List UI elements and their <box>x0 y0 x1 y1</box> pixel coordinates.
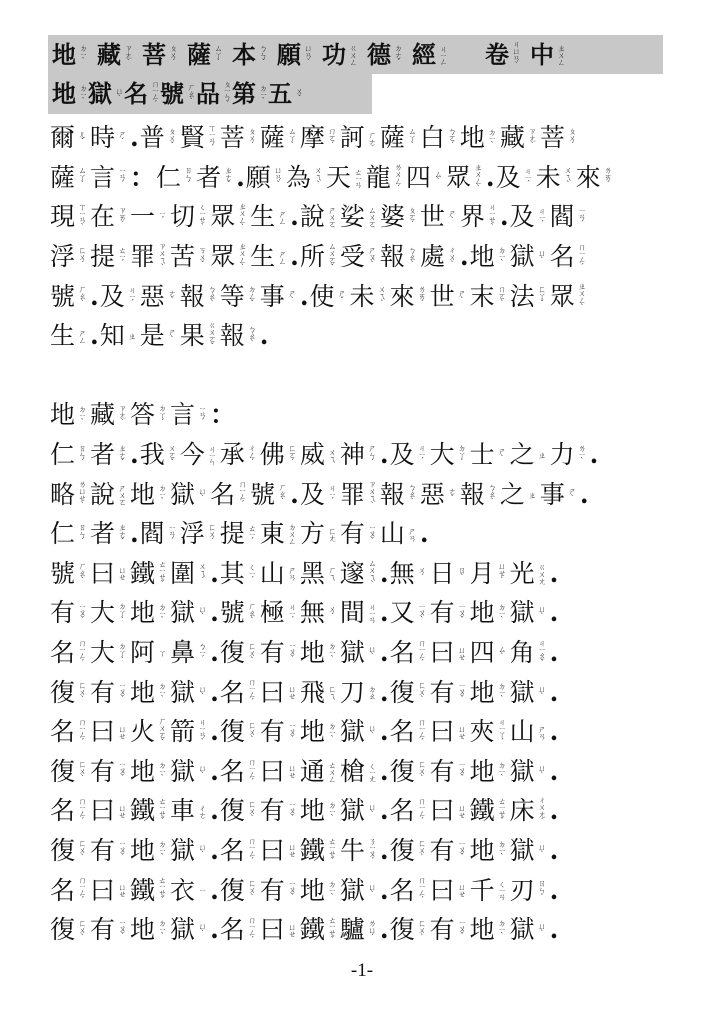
text-line: 名ㄇㄧㄥˊ大ㄉㄚˋ阿ㄚ鼻ㄅㄧˊ.復ㄈㄨˋ有ㄧㄡˇ地ㄉㄧˋ獄ㄩˋ.名ㄇㄧㄥˊ曰ㄩㄝ… <box>50 633 690 673</box>
bopomofo-annotation: ㄈㄨˊ <box>76 246 87 268</box>
hanzi: 切 <box>170 204 195 229</box>
annotated-character: 衣ㄧ <box>170 878 207 903</box>
bopomofo-annotation: ㄉㄧˋ <box>496 682 507 702</box>
annotated-character: 處ㄔㄨˋ <box>420 244 457 269</box>
hanzi: 角 <box>510 640 535 665</box>
hanzi: 薩 <box>260 125 285 150</box>
hanzi: 山 <box>510 719 535 744</box>
bopomofo-annotation: ㄧㄡˇ <box>116 761 127 781</box>
annotated-character: 薩ㄙㄚˋ <box>260 125 297 150</box>
annotated-character: 角ㄐㄧㄠˇ <box>510 639 547 666</box>
hanzi: 藏 <box>90 402 115 427</box>
bopomofo-annotation: ㄔㄨˋ <box>446 246 457 268</box>
annotated-character: 之ㄓ <box>510 442 547 467</box>
bopomofo-annotation: ㄈㄨˋ <box>416 839 427 861</box>
hanzi: 地 <box>130 838 155 863</box>
bopomofo-annotation: ㄙˋ <box>432 170 443 185</box>
punctuation: . <box>210 917 219 942</box>
punctuation: . <box>550 640 559 665</box>
text-line: 略ㄌㄩㄝˋ說ㄕㄨㄛ地ㄉㄧˋ獄ㄩˋ名ㄇㄧㄥˊ號ㄏㄠˋ.及ㄐㄧˊ罪ㄗㄨㄟˋ報ㄅㄠˋ惡… <box>50 474 690 514</box>
hanzi: 曰 <box>260 917 285 942</box>
bopomofo-annotation: ㄨㄟ <box>326 448 337 462</box>
bopomofo-annotation: ㄧㄢˊ <box>576 207 587 227</box>
hanzi: 地 <box>470 759 495 784</box>
bopomofo-annotation: ㄧㄡˇ <box>76 603 87 623</box>
annotated-character: 娑ㄙㄨㄛ <box>340 204 377 229</box>
bopomofo-annotation: ㄕㄨㄛ <box>116 484 127 505</box>
annotated-character: 有ㄧㄡˇ <box>430 759 467 784</box>
annotated-character: 有ㄧㄡˇ <box>90 680 127 705</box>
bopomofo-annotation: ㄩㄢˋ <box>302 44 313 66</box>
annotated-character: 無ㄨˊ <box>300 600 337 625</box>
hanzi: 果 <box>180 323 205 348</box>
hanzi: 答 <box>130 402 155 427</box>
bopomofo-annotation: ㄗㄞˋ <box>116 206 127 228</box>
hanzi: 名 <box>390 719 415 744</box>
hanzi: 號 <box>50 284 75 309</box>
hanzi: 提 <box>220 521 245 546</box>
hanzi: 牛 <box>340 838 365 863</box>
annotated-character: 及ㄐㄧˊ <box>390 442 427 467</box>
hanzi: 獄 <box>510 600 535 625</box>
hanzi: 阿 <box>130 640 155 665</box>
bopomofo-annotation: ㄏㄠˋ <box>246 602 257 624</box>
annotated-character: 名ㄇㄧㄥˊ <box>124 80 160 107</box>
annotated-character: 無ㄨˊ <box>390 561 427 586</box>
hanzi: 報 <box>220 323 245 348</box>
annotated-character: 名ㄇㄧㄥˊ <box>390 876 427 903</box>
bopomofo-annotation: ㄇㄧㄥˊ <box>416 639 427 666</box>
hanzi: 威 <box>300 442 325 467</box>
hanzi: 報 <box>380 244 405 269</box>
annotated-character: 地ㄉㄧˋ <box>470 917 507 942</box>
annotated-character: 藏ㄗㄤˋ <box>90 402 127 427</box>
hanzi: 有 <box>430 759 455 784</box>
text-line: 浮ㄈㄨˊ提ㄊㄧˊ罪ㄗㄨㄟˋ苦ㄎㄨˇ眾ㄓㄨㄥˋ生ㄕㄥ.所ㄙㄨㄛˇ受ㄕㄡˋ報ㄅㄠˋ處… <box>50 237 690 277</box>
hanzi: 及 <box>390 442 415 467</box>
hanzi: 賢 <box>180 125 205 150</box>
hanzi: 五 <box>268 82 292 106</box>
annotated-character: 復ㄈㄨˋ <box>390 680 427 705</box>
annotated-character: 鐵ㄊㄧㄝˇ <box>130 797 167 824</box>
annotated-character: 法ㄈㄚˇ <box>510 284 547 309</box>
bopomofo-annotation: ㄕㄥ <box>76 329 87 343</box>
bopomofo-annotation: ㄑㄧㄤ <box>366 762 377 781</box>
annotated-character: 提ㄊㄧˊ <box>220 521 257 546</box>
hanzi: 光 <box>510 561 535 586</box>
hanzi: 言 <box>90 165 115 190</box>
hanzi: 火 <box>130 719 155 744</box>
hanzi: 願 <box>246 165 271 190</box>
bopomofo-annotation: ㄖㄣˊ <box>76 444 87 466</box>
bopomofo-annotation: ㄆㄨˇ <box>166 127 177 149</box>
bopomofo-annotation: ㄜˋ <box>166 289 177 304</box>
hanzi: 獄 <box>88 82 112 106</box>
hanzi: 第 <box>232 82 256 106</box>
punctuation: . <box>550 917 559 942</box>
annotated-character: 鐵ㄊㄧㄝˇ <box>130 560 167 587</box>
bopomofo-annotation: ㄐㄧㄣ <box>206 445 217 464</box>
annotated-character: 地ㄉㄧˋ <box>130 917 167 942</box>
hanzi: 復 <box>390 838 415 863</box>
hanzi: 有 <box>260 878 285 903</box>
annotated-character: 獄ㄩˋ <box>510 680 547 705</box>
annotated-character: 四ㄙˋ <box>406 165 443 190</box>
annotated-character: 方ㄈㄤ <box>300 521 337 546</box>
hanzi: 四 <box>470 640 495 665</box>
annotated-character: 一ㄧˊ <box>130 204 167 229</box>
hanzi: 承 <box>220 442 245 467</box>
punctuation: . <box>210 798 219 823</box>
annotated-character: 獄ㄩˋ <box>88 82 124 106</box>
hanzi: 獄 <box>510 680 535 705</box>
hanzi: 復 <box>220 719 245 744</box>
bopomofo-annotation: ㄧˊ <box>156 210 167 223</box>
annotated-character: 號ㄏㄠˋ <box>220 600 257 625</box>
hanzi: 願 <box>277 43 301 67</box>
annotated-character: 有ㄧㄡˇ <box>50 600 87 625</box>
bopomofo-annotation: ㄗㄤˋ <box>122 44 133 66</box>
bopomofo-annotation: ㄌㄧˋ <box>576 444 587 464</box>
annotated-character: 曰ㄩㄝ <box>430 640 467 665</box>
bopomofo-annotation: ㄙㄚˋ <box>286 127 297 149</box>
annotated-character: 及ㄐㄧˊ <box>510 204 547 229</box>
hanzi: 曰 <box>90 878 115 903</box>
hanzi: 處 <box>420 244 445 269</box>
bopomofo-annotation: ㄧㄡˇ <box>286 722 297 742</box>
punctuation: . <box>236 165 245 190</box>
annotated-character: 報ㄅㄠˋ <box>460 482 497 507</box>
hanzi: 獄 <box>510 244 535 269</box>
annotated-character: 地ㄉㄧˋ <box>470 759 507 784</box>
annotated-character: 言ㄧㄢˊ <box>90 165 127 190</box>
annotated-character: 復ㄈㄨˋ <box>220 798 257 823</box>
punctuation: . <box>550 838 559 863</box>
bopomofo-annotation: ㄨㄟˋ <box>376 285 387 307</box>
bopomofo-annotation: ㄇㄧㄥˊ <box>246 916 257 943</box>
annotated-character: 普ㄆㄨˇ <box>140 125 177 150</box>
hanzi: 名 <box>50 798 75 823</box>
hanzi: 獄 <box>510 838 535 863</box>
bopomofo-annotation: ㄨˊ <box>416 566 427 581</box>
bopomofo-annotation: ㄈㄟ <box>326 685 337 699</box>
hanzi: 略 <box>50 482 75 507</box>
title-block: 地ㄉㄧˋ藏ㄗㄤˋ菩ㄆㄨˊ薩ㄙㄚˋ本ㄅㄣˇ願ㄩㄢˋ功ㄍㄨㄥ德ㄉㄜˊ經ㄐㄧㄥ卷ㄐㄩㄢ… <box>48 35 663 114</box>
bopomofo-annotation: ㄅㄠˋ <box>246 325 257 347</box>
punctuation: . <box>210 838 219 863</box>
bopomofo-annotation: ㄊㄧˊ <box>116 246 127 266</box>
hanzi: 獄 <box>340 798 365 823</box>
hanzi: 槍 <box>340 759 365 784</box>
hanzi: 力 <box>550 442 575 467</box>
bopomofo-annotation: ㄩˋ <box>536 922 547 937</box>
hanzi: 有 <box>340 521 365 546</box>
hanzi: 地 <box>130 482 155 507</box>
bopomofo-annotation: ㄕˋ <box>456 289 467 304</box>
bopomofo-annotation: ㄩㄝ <box>456 725 467 739</box>
annotated-character: 地ㄉㄧˋ <box>300 798 337 823</box>
annotated-character: 菩ㄆㄨˊ <box>220 125 257 150</box>
hanzi: 藏 <box>500 125 525 150</box>
bopomofo-annotation: ㄩˋ <box>366 724 377 739</box>
annotated-character: 刃ㄖㄣˋ <box>510 878 547 903</box>
bopomofo-annotation: ㄙㄚˋ <box>212 44 223 66</box>
annotated-character: 惡ㄜˋ <box>140 284 177 309</box>
bopomofo-annotation: ㄏㄠˋ <box>76 562 87 584</box>
hanzi: 名 <box>220 759 245 784</box>
hanzi: 獄 <box>170 600 195 625</box>
annotated-character: 薩ㄙㄚˋ <box>50 165 87 190</box>
punctuation: . <box>380 680 389 705</box>
annotated-character: 名ㄇㄧㄥˊ <box>220 758 257 785</box>
annotated-character: 有ㄧㄡˇ <box>430 680 467 705</box>
bopomofo-annotation: ㄩㄝ <box>456 804 467 818</box>
annotated-character: 願ㄩㄢˋ <box>277 43 313 67</box>
bopomofo-annotation: ㄐㄧㄝˋ <box>486 203 497 230</box>
bopomofo-annotation: ㄍㄨㄤ <box>536 563 547 584</box>
hanzi: 復 <box>390 759 415 784</box>
annotated-character: 地ㄉㄧˋ <box>50 402 87 427</box>
hanzi: 獄 <box>510 759 535 784</box>
annotated-character: 切ㄑㄧㄝˋ <box>170 203 207 230</box>
annotated-character: 復ㄈㄨˋ <box>220 640 257 665</box>
bopomofo-annotation: ㄧㄡˋ <box>416 603 427 623</box>
annotated-character: 有ㄧㄡˇ <box>260 878 297 903</box>
hanzi: 有 <box>430 917 455 942</box>
bopomofo-annotation: ㄨㄟˊ <box>196 562 207 584</box>
hanzi: 有 <box>90 680 115 705</box>
hanzi: 號 <box>50 561 75 586</box>
hanzi: 日 <box>430 561 455 586</box>
bopomofo-annotation: ㄊㄧㄝˇ <box>156 560 167 587</box>
document-page: 地ㄉㄧˋ藏ㄗㄤˋ菩ㄆㄨˊ薩ㄙㄚˋ本ㄅㄣˇ願ㄩㄢˋ功ㄍㄨㄥ德ㄉㄜˊ經ㄐㄧㄥ卷ㄐㄩㄢ… <box>0 0 724 1024</box>
hanzi: 獄 <box>340 719 365 744</box>
annotated-character: 曰ㄩㄝ <box>260 759 297 784</box>
annotated-character: 極ㄐㄧˊ <box>260 600 297 625</box>
annotated-character: 略ㄌㄩㄝˋ <box>50 480 87 509</box>
hanzi: 鐵 <box>130 878 155 903</box>
annotated-character: 光ㄍㄨㄤ <box>510 561 547 586</box>
bopomofo-annotation: ㄙㄨㄛ <box>366 206 377 227</box>
annotated-character: 生ㄕㄥ <box>250 204 287 229</box>
annotated-character: 大ㄉㄚˋ <box>90 640 127 665</box>
annotated-character: 賢ㄒㄧㄢˊ <box>180 124 217 151</box>
bopomofo-annotation: ㄉㄧˋ <box>156 484 167 504</box>
annotated-character: 驢ㄌㄩˊ <box>340 917 377 942</box>
annotated-character: 復ㄈㄨˋ <box>50 838 87 863</box>
bopomofo-annotation: ㄊㄧㄝˇ <box>496 797 507 824</box>
bopomofo-annotation: ㄩˋ <box>536 843 547 858</box>
annotated-character: 飛ㄈㄟ <box>300 680 337 705</box>
hanzi: 其 <box>220 561 245 586</box>
bopomofo-annotation: ㄉㄧˋ <box>77 84 88 104</box>
punctuation: . <box>380 561 389 586</box>
hanzi: 婆 <box>380 204 405 229</box>
bopomofo-annotation: ㄦˇ <box>76 130 87 145</box>
annotated-character: 號ㄏㄠˋ <box>50 284 87 309</box>
annotated-character: 有ㄧㄡˇ <box>340 521 377 546</box>
annotated-character: 刀ㄉㄠ <box>340 680 377 705</box>
annotated-character: 在ㄗㄞˋ <box>90 204 127 229</box>
hanzi: 復 <box>220 640 245 665</box>
hanzi: 德 <box>367 43 391 67</box>
hanzi: 方 <box>300 521 325 546</box>
bopomofo-annotation: ㄧㄡˇ <box>116 682 127 702</box>
bopomofo-annotation: ㄉㄧˋ <box>496 603 507 623</box>
bopomofo-annotation: ㄨㄟˋ <box>312 166 323 188</box>
annotated-character: 生ㄕㄥ <box>250 244 287 269</box>
bopomofo-annotation: ㄉㄧˋ <box>77 44 88 64</box>
bopomofo-annotation: ㄩˋ <box>113 87 124 102</box>
hanzi: 者 <box>196 165 221 190</box>
annotated-character: 地ㄉㄧˋ <box>300 640 337 665</box>
bopomofo-annotation: ㄓㄜˇ <box>222 166 233 188</box>
hanzi: 現 <box>50 204 75 229</box>
bopomofo-annotation: ㄈㄨˋ <box>416 919 427 941</box>
hanzi: 罪 <box>340 482 365 507</box>
hanzi: 車 <box>170 798 195 823</box>
hanzi: 一 <box>130 204 155 229</box>
hanzi: 刀 <box>340 680 365 705</box>
annotated-character: 今ㄐㄧㄣ <box>180 442 217 467</box>
bopomofo-annotation: ㄩㄝˋ <box>496 562 507 584</box>
annotated-character: 白ㄅㄛˊ <box>420 125 457 150</box>
annotated-character: 夾ㄐㄧㄚˊ <box>470 718 507 745</box>
hanzi: 之 <box>500 482 525 507</box>
bopomofo-annotation: ㄗㄨㄟˋ <box>366 480 377 509</box>
hanzi: 復 <box>220 878 245 903</box>
bopomofo-annotation: ㄆㄨˊ <box>246 127 257 149</box>
punctuation: . <box>210 719 219 744</box>
bopomofo-annotation: ㄊㄧㄝˇ <box>326 916 337 943</box>
bopomofo-annotation: ㄓㄨㄥˋ <box>472 163 483 192</box>
annotated-character: 名ㄇㄧㄥˊ <box>210 480 247 507</box>
hanzi: 地 <box>470 680 495 705</box>
bopomofo-annotation: ㄉㄚˋ <box>116 602 127 624</box>
annotated-character: 箭ㄐㄧㄢˋ <box>170 718 207 745</box>
hanzi: 報 <box>380 482 405 507</box>
bopomofo-annotation: ㄊㄧㄢ <box>352 168 363 187</box>
punctuation: . <box>380 719 389 744</box>
hanzi: 千 <box>470 878 495 903</box>
hanzi: 獄 <box>340 640 365 665</box>
bopomofo-annotation: ㄩˋ <box>196 605 207 620</box>
bopomofo-annotation: ㄉㄧˋ <box>326 801 337 821</box>
bopomofo-annotation: ㄔㄥˊ <box>246 444 257 466</box>
hanzi: 曰 <box>90 561 115 586</box>
annotated-character: 菩ㄆㄨˊ <box>540 125 577 150</box>
annotated-character: 知ㄓ <box>100 323 137 348</box>
bopomofo-annotation: ㄓㄜˇ <box>116 444 127 466</box>
annotated-character: 有ㄧㄡˇ <box>260 719 297 744</box>
annotated-character: 閻ㄧㄢˊ <box>550 204 587 229</box>
bopomofo-annotation: ㄖㄣˊ <box>182 166 193 188</box>
hanzi: 之 <box>510 442 535 467</box>
title-line-chapter-name: 地ㄉㄧˋ獄ㄩˋ名ㄇㄧㄥˊ號ㄏㄠˋ品ㄆㄧㄣˇ第ㄉㄧˋ五ㄨˇ <box>48 74 372 114</box>
bopomofo-annotation: ㄩㄝ <box>116 566 127 580</box>
bopomofo-annotation: ㄇㄧㄥˊ <box>246 837 257 864</box>
annotated-character: 者ㄓㄜˇ <box>90 442 127 467</box>
text-line: 號ㄏㄠˋ.及ㄐㄧˊ惡ㄜˋ報ㄅㄠˋ等ㄉㄥˇ事ㄕˋ.使ㄕˇ未ㄨㄟˋ來ㄌㄞˊ世ㄕˋ末ㄇ… <box>50 276 690 316</box>
hanzi: 事 <box>260 284 285 309</box>
punctuation: . <box>130 125 139 150</box>
hanzi: 生 <box>250 244 275 269</box>
punctuation: . <box>486 165 495 190</box>
bopomofo-annotation: ㄉㄧˋ <box>76 405 87 425</box>
bopomofo-annotation: ㄧㄢˊ <box>166 524 177 544</box>
annotated-character: 惡ㄜˋ <box>420 482 457 507</box>
annotated-character: 鐵ㄊㄧㄝˇ <box>470 797 507 824</box>
punctuation: . <box>210 640 219 665</box>
hanzi: 知 <box>100 323 125 348</box>
bopomofo-annotation: ㄅㄠˋ <box>406 246 417 268</box>
bopomofo-annotation: ㄓ <box>526 491 537 498</box>
bopomofo-annotation: ㄧㄡˇ <box>456 603 467 623</box>
annotated-character: 來ㄌㄞˊ <box>576 165 613 190</box>
annotated-character: 獄ㄩˋ <box>340 798 377 823</box>
bopomofo-annotation: ㄩㄝ <box>116 883 127 897</box>
hanzi: 獄 <box>340 878 365 903</box>
hanzi: 圍 <box>170 561 195 586</box>
bopomofo-annotation: ㄅㄠˋ <box>486 483 497 505</box>
bopomofo-annotation: ㄧㄢˊ <box>116 167 127 187</box>
hanzi: 曰 <box>260 680 285 705</box>
hanzi: 地 <box>52 82 76 106</box>
hanzi: 說 <box>90 482 115 507</box>
annotated-character: 獄ㄩˋ <box>170 838 207 863</box>
bopomofo-annotation: ㄉㄧˋ <box>486 128 497 148</box>
bopomofo-annotation: ㄏㄟ <box>326 566 337 580</box>
bopomofo-annotation: ㄩˋ <box>196 487 207 502</box>
hanzi: 爾 <box>50 125 75 150</box>
bopomofo-annotation: ㄈㄚˇ <box>536 285 547 307</box>
annotated-character: 仁ㄖㄣˊ <box>156 165 193 190</box>
punctuation: . <box>590 442 599 467</box>
bopomofo-annotation: ㄉㄧˋ <box>156 761 167 781</box>
bopomofo-annotation: ㄑㄧㄢ <box>496 880 507 899</box>
annotated-character: 大ㄉㄚˋ <box>90 600 127 625</box>
bopomofo-annotation: ㄈㄨˋ <box>76 760 87 782</box>
bopomofo-annotation: ㄩㄝ <box>116 725 127 739</box>
bopomofo-annotation: ㄇㄧㄥˊ <box>576 243 587 270</box>
bopomofo-annotation: ㄓㄨㄥˋ <box>236 242 247 271</box>
hanzi: 事 <box>540 482 565 507</box>
bopomofo-annotation: ㄈㄨˊ <box>206 523 217 545</box>
bopomofo-annotation: ㄖˋ <box>456 566 467 581</box>
bopomofo-annotation: ㄊㄧㄝˇ <box>156 876 167 903</box>
bopomofo-annotation: ㄉㄧˋ <box>496 246 507 266</box>
hanzi: 界 <box>460 204 485 229</box>
bopomofo-annotation: ㄉㄚˊ <box>156 404 167 426</box>
annotated-character: 及ㄐㄧˊ <box>496 165 533 190</box>
bopomofo-annotation: ㄌㄞˊ <box>602 166 613 188</box>
hanzi: 鐵 <box>300 917 325 942</box>
hanzi: 菩 <box>540 125 565 150</box>
bopomofo-annotation: ㄅㄧˊ <box>196 642 207 662</box>
bopomofo-annotation: ㄐㄧˊ <box>126 286 137 306</box>
annotated-character: 黑ㄏㄟ <box>300 561 337 586</box>
bopomofo-annotation: ㄩˋ <box>366 803 377 818</box>
annotated-character: 有ㄧㄡˇ <box>430 917 467 942</box>
hanzi: 眾 <box>550 284 575 309</box>
bopomofo-annotation: ㄓㄨㄥ <box>555 44 566 65</box>
annotated-character: 復ㄈㄨˋ <box>50 917 87 942</box>
hanzi: 地 <box>300 640 325 665</box>
annotated-character: 未ㄨㄟˋ <box>536 165 573 190</box>
bopomofo-annotation: ㄈㄨˋ <box>416 760 427 782</box>
punctuation: . <box>580 482 589 507</box>
text-line: 復ㄈㄨˋ有ㄧㄡˇ地ㄉㄧˋ獄ㄩˋ.名ㄇㄧㄥˊ曰ㄩㄝ鐵ㄊㄧㄝˇ驢ㄌㄩˊ.復ㄈㄨˋ有ㄧ… <box>50 910 690 950</box>
